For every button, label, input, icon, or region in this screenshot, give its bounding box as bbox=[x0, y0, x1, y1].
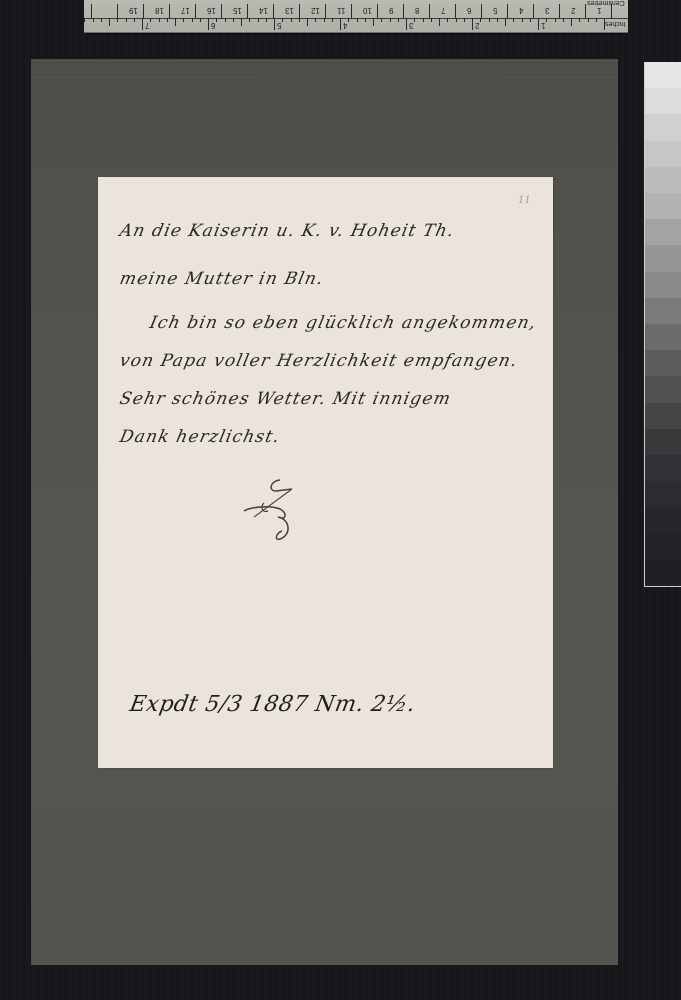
ruler-inch-tick bbox=[332, 18, 333, 22]
ruler-inch-tick bbox=[439, 18, 440, 26]
ruler-cm-tick bbox=[325, 4, 326, 18]
ruler-inch-tick bbox=[274, 18, 275, 30]
gray-patch bbox=[645, 481, 681, 507]
ruler-inch-tick bbox=[150, 18, 151, 22]
ruler-inch-tick bbox=[555, 18, 556, 22]
ruler-cm-tick bbox=[351, 4, 352, 18]
ruler-cm-tick bbox=[507, 4, 508, 18]
ruler-inch-tick bbox=[291, 18, 292, 22]
ruler-inch-label: 6 bbox=[211, 21, 215, 29]
ruler-inch-tick bbox=[505, 18, 506, 26]
ruler-cm-label: 2 bbox=[571, 6, 575, 14]
ruler-inch-tick bbox=[579, 18, 580, 22]
gray-patch bbox=[645, 403, 681, 429]
ruler-inch-tick bbox=[423, 18, 424, 22]
ruler-inch-unit-label: Inches bbox=[605, 20, 626, 27]
ruler-inch-tick bbox=[530, 18, 531, 22]
measurement-ruler: 12345678910111213141516171819 12345678 C… bbox=[84, 0, 628, 33]
ruler-inch-label: 2 bbox=[475, 21, 479, 29]
ruler-inch-tick bbox=[159, 18, 160, 22]
letter-sheet: 11 An die Kaiserin u. K. v. Hoheit Th. m… bbox=[98, 177, 553, 768]
ruler-inch-tick bbox=[381, 18, 382, 22]
gray-patch bbox=[645, 245, 681, 271]
ruler-inch-tick bbox=[249, 18, 250, 22]
ruler-centimetre-scale: 12345678910111213141516171819 bbox=[84, 0, 628, 19]
ruler-inch-tick bbox=[456, 18, 457, 22]
ruler-cm-label: 18 bbox=[155, 6, 164, 14]
ruler-cm-label: 1 bbox=[597, 6, 601, 14]
ruler-inch-tick bbox=[588, 18, 589, 22]
docket-note: Expdt 5/3 1887 Nm. 2½. bbox=[128, 692, 418, 717]
ruler-inch-tick bbox=[142, 18, 143, 30]
ruler-inch-tick bbox=[175, 18, 176, 26]
ruler-inch-tick bbox=[472, 18, 473, 30]
ruler-cm-tick bbox=[533, 4, 534, 18]
ruler-inch-tick bbox=[596, 18, 597, 22]
ruler-inch-tick bbox=[241, 18, 242, 26]
ruler-cm-unit-label: Centimetres bbox=[587, 0, 625, 6]
gray-scale-calibration-card bbox=[644, 62, 681, 587]
ruler-cm-label: 17 bbox=[181, 6, 190, 14]
ruler-cm-label: 5 bbox=[493, 6, 497, 14]
ruler-inch-tick bbox=[480, 18, 481, 22]
ruler-inch-tick bbox=[183, 18, 184, 22]
ruler-cm-tick bbox=[117, 4, 118, 18]
gray-patch bbox=[645, 534, 681, 560]
ruler-inch-tick bbox=[340, 18, 341, 30]
address-line-2: meine Mutter in Bln. bbox=[118, 269, 326, 289]
ruler-inch-tick bbox=[489, 18, 490, 22]
ruler-inch-tick bbox=[357, 18, 358, 22]
ruler-cm-tick bbox=[455, 4, 456, 18]
address-line-1: An die Kaiserin u. K. v. Hoheit Th. bbox=[118, 221, 457, 241]
ruler-inch-tick bbox=[373, 18, 374, 26]
ruler-cm-tick bbox=[481, 4, 482, 18]
ruler-inch-tick bbox=[167, 18, 168, 22]
ruler-cm-tick bbox=[169, 4, 170, 18]
gray-patch bbox=[645, 507, 681, 533]
ruler-cm-tick bbox=[611, 4, 612, 18]
ruler-cm-label: 13 bbox=[285, 6, 294, 14]
ruler-inch-tick bbox=[192, 18, 193, 22]
ruler-cm-label: 19 bbox=[129, 6, 138, 14]
ruler-inch-tick bbox=[571, 18, 572, 26]
ruler-cm-label: 7 bbox=[441, 6, 445, 14]
ruler-cm-label: 8 bbox=[415, 6, 419, 14]
ruler-inch-label: 5 bbox=[277, 21, 281, 29]
ruler-inch-scale: 12345678 bbox=[84, 18, 628, 32]
ruler-inch-tick bbox=[84, 18, 85, 22]
ruler-inch-tick bbox=[233, 18, 234, 22]
gray-patch bbox=[645, 62, 681, 88]
ruler-cm-label: 3 bbox=[545, 6, 549, 14]
body-line-1: Ich bin so eben glücklich angekommen, bbox=[148, 313, 539, 333]
ruler-inch-tick bbox=[134, 18, 135, 22]
ruler-cm-label: 12 bbox=[311, 6, 320, 14]
gray-patch bbox=[645, 429, 681, 455]
ruler-inch-tick bbox=[216, 18, 217, 22]
gray-patch bbox=[645, 455, 681, 481]
ruler-cm-label: 15 bbox=[233, 6, 242, 14]
ruler-cm-tick bbox=[143, 4, 144, 18]
ruler-inch-tick bbox=[497, 18, 498, 22]
ruler-cm-label: 11 bbox=[337, 6, 345, 14]
ruler-inch-tick bbox=[414, 18, 415, 22]
ruler-cm-tick bbox=[585, 4, 586, 18]
ruler-cm-tick bbox=[403, 4, 404, 18]
ruler-inch-tick bbox=[522, 18, 523, 22]
gray-patch bbox=[645, 114, 681, 140]
ruler-cm-tick bbox=[247, 4, 248, 18]
ruler-cm-tick bbox=[221, 4, 222, 18]
ruler-inch-tick bbox=[258, 18, 259, 22]
gray-patch bbox=[645, 376, 681, 402]
folio-number: 11 bbox=[518, 195, 531, 206]
ruler-inch-tick bbox=[225, 18, 226, 22]
ruler-cm-tick bbox=[91, 4, 92, 18]
ruler-inch-tick bbox=[117, 18, 118, 22]
ruler-cm-tick bbox=[273, 4, 274, 18]
body-line-4: Dank herzlichst. bbox=[118, 427, 282, 447]
gray-patch bbox=[645, 219, 681, 245]
ruler-cm-label: 16 bbox=[207, 6, 216, 14]
ruler-inch-tick bbox=[101, 18, 102, 22]
ruler-inch-tick bbox=[200, 18, 201, 22]
ruler-cm-tick bbox=[299, 4, 300, 18]
ruler-inch-tick bbox=[563, 18, 564, 22]
ruler-cm-label: 9 bbox=[389, 6, 393, 14]
gray-patch bbox=[645, 88, 681, 114]
body-line-2: von Papa voller Herzlichkeit empfangen. bbox=[118, 351, 520, 371]
ruler-inch-label: 7 bbox=[145, 21, 149, 29]
ruler-inch-tick bbox=[406, 18, 407, 30]
ruler-cm-label: 10 bbox=[363, 6, 372, 14]
ruler-cm-tick bbox=[559, 4, 560, 18]
ruler-inch-tick bbox=[513, 18, 514, 22]
gray-patch bbox=[645, 298, 681, 324]
ruler-inch-tick bbox=[109, 18, 110, 26]
gray-patch bbox=[645, 193, 681, 219]
ruler-inch-tick bbox=[447, 18, 448, 22]
gray-patch bbox=[645, 324, 681, 350]
gray-patch bbox=[645, 141, 681, 167]
ruler-cm-label: 6 bbox=[467, 6, 471, 14]
ruler-inch-tick bbox=[538, 18, 539, 30]
ruler-inch-tick bbox=[398, 18, 399, 22]
ruler-inch-tick bbox=[365, 18, 366, 22]
signature-monogram bbox=[240, 477, 300, 547]
ruler-inch-tick bbox=[431, 18, 432, 22]
ruler-inch-tick bbox=[282, 18, 283, 22]
ruler-cm-label: 14 bbox=[259, 6, 268, 14]
ruler-inch-tick bbox=[315, 18, 316, 22]
ruler-inch-tick bbox=[93, 18, 94, 22]
ruler-inch-tick bbox=[307, 18, 308, 26]
gray-patch bbox=[645, 167, 681, 193]
ruler-inch-tick bbox=[464, 18, 465, 22]
ruler-inch-tick bbox=[348, 18, 349, 22]
ruler-inch-tick bbox=[126, 18, 127, 22]
ruler-cm-label: 4 bbox=[519, 6, 523, 14]
gray-patch bbox=[645, 560, 681, 586]
ruler-inch-tick bbox=[266, 18, 267, 22]
ruler-inch-label: 4 bbox=[343, 21, 347, 29]
ruler-cm-tick bbox=[429, 4, 430, 18]
gray-patch bbox=[645, 272, 681, 298]
gray-patch bbox=[645, 350, 681, 376]
body-line-3: Sehr schönes Wetter. Mit innigem bbox=[118, 389, 453, 409]
ruler-inch-tick bbox=[208, 18, 209, 30]
ruler-inch-tick bbox=[546, 18, 547, 22]
ruler-cm-tick bbox=[195, 4, 196, 18]
ruler-inch-tick bbox=[390, 18, 391, 22]
ruler-cm-tick bbox=[377, 4, 378, 18]
ruler-inch-label: 1 bbox=[541, 21, 545, 29]
ruler-inch-tick bbox=[324, 18, 325, 22]
ruler-inch-tick bbox=[299, 18, 300, 22]
ruler-inch-label: 3 bbox=[409, 21, 413, 29]
